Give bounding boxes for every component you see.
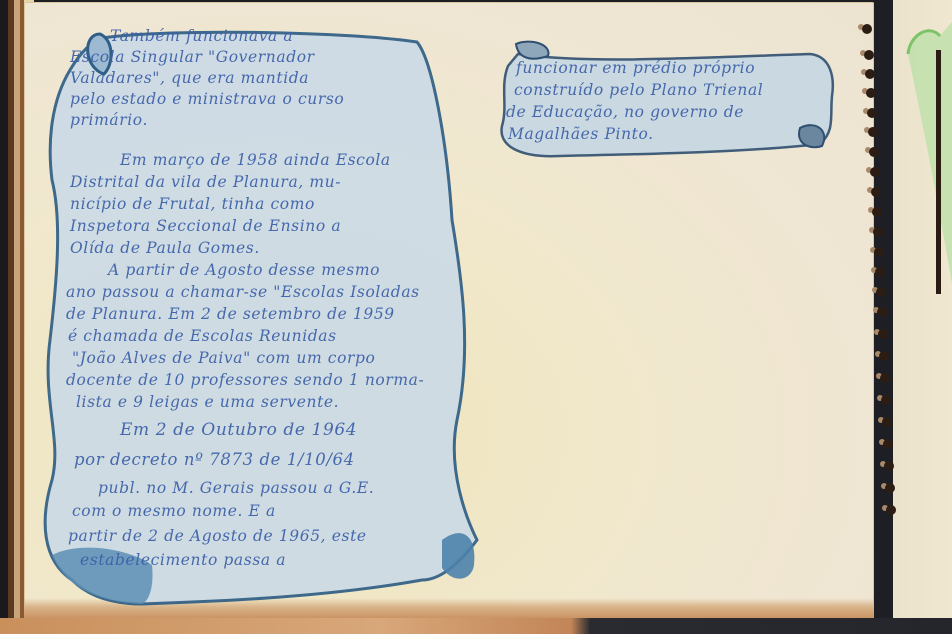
handwritten-line: por decreto nº 7873 de 1/10/64 [74,450,355,470]
handwritten-line: Distrital da vila de Planura, mu- [70,172,341,192]
handwritten-line: construído pelo Plano Trienal [514,80,763,100]
handwritten-line: Escola Singular "Governador [70,47,315,67]
handwritten-line: primário. [70,110,148,130]
handwritten-line: ano passou a chamar-se "Escolas Isoladas [66,282,420,302]
handwritten-line: é chamada de Escolas Reunidas [68,326,337,346]
handwritten-line: lista e 9 leigas e uma servente. [76,392,339,412]
handwritten-line: Inspetora Seccional de Ensino a [70,216,341,236]
handwritten-line: Em março de 1958 ainda Escola [120,150,391,170]
handwritten-line: funcionar em prédio próprio [516,58,755,78]
page-bottom-edge [0,618,952,634]
green-scroll-drawing [900,14,952,294]
handwritten-line: publ. no M. Gerais passou a G.E. [98,478,374,498]
notebook-photo: Também funcionava a Escola Singular "Gov… [0,0,952,634]
handwritten-line: Em 2 de Outubro de 1964 [120,420,357,440]
handwritten-line: Magalhães Pinto. [508,124,654,144]
handwritten-line: de Educação, no governo de [506,102,744,122]
handwritten-line: partir de 2 de Agosto de 1965, este [68,526,367,546]
handwritten-line: com o mesmo nome. E a [72,501,276,521]
handwritten-line: "João Alves de Paiva" com um corpo [72,348,375,368]
handwritten-line: nicípio de Frutal, tinha como [70,194,315,214]
handwritten-line: Valadares", que era mantida [70,68,309,88]
handwritten-line: pelo estado e ministrava o curso [70,89,344,109]
handwritten-line: Também funcionava a [110,26,293,46]
handwritten-line: de Planura. Em 2 de setembro de 1959 [66,304,395,324]
spiral-binding [852,4,900,594]
handwritten-line: docente de 10 professores sendo 1 norma- [66,370,424,390]
handwritten-line: A partir de Agosto desse mesmo [108,260,380,280]
handwritten-line: Olída de Paula Gomes. [70,238,260,258]
handwritten-line: estabelecimento passa a [80,550,286,570]
